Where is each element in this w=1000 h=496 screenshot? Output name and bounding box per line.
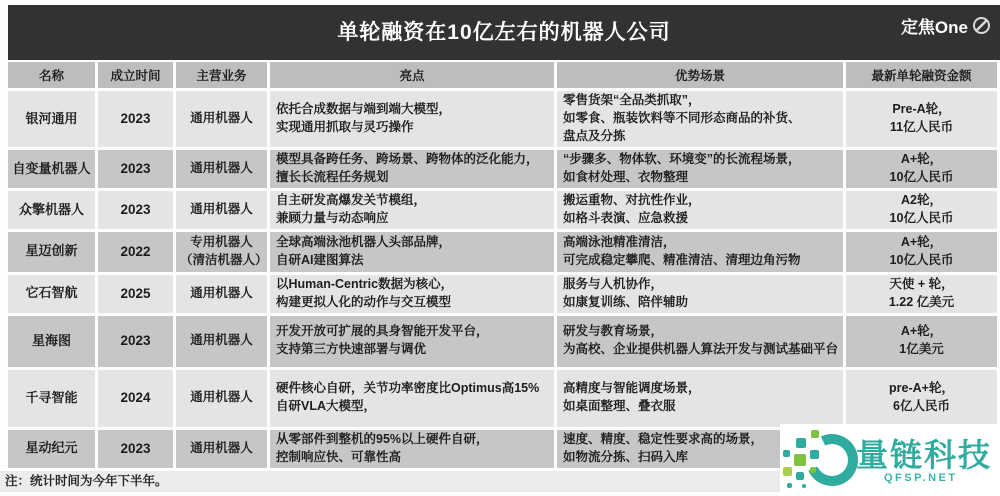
- funding-cell: A+轮， 10亿人民币: [846, 232, 997, 272]
- founded-cell: 2025: [98, 275, 173, 313]
- business-cell: 通用机器人: [176, 430, 267, 468]
- brand-name: 定焦One: [901, 13, 968, 38]
- page-title: 单轮融资在10亿左右的机器人公司: [8, 5, 1000, 60]
- funding-cell: pre-A+轮， 6亿人民币: [846, 370, 997, 427]
- column-header-name: 名称: [8, 62, 95, 88]
- companies-table: 名称 成立时间 主营业务 亮点 优势场景 最新单轮融资金额 银河通用 2023 …: [5, 59, 1000, 471]
- watermark-name: 量链科技: [856, 430, 992, 476]
- scenarios-cell: 高端泳池精准清洁， 可完成稳定攀爬、精准清洁、清理边角污物: [557, 232, 843, 272]
- table-header-row: 名称 成立时间 主营业务 亮点 优势场景 最新单轮融资金额: [8, 62, 997, 88]
- business-cell: 通用机器人: [176, 150, 267, 188]
- company-name-cell: 星动纪元: [8, 430, 95, 468]
- column-header-highlights: 亮点: [270, 62, 554, 88]
- founded-cell: 2023: [98, 191, 173, 229]
- table-row: 银河通用 2023 通用机器人 依托合成数据与端到端大模型， 实现通用抓取与灵巧…: [8, 91, 997, 147]
- infographic-page: 单轮融资在10亿左右的机器人公司 定焦One 名称 成立时间 主营业务 亮点 优…: [0, 0, 1000, 496]
- highlights-cell: 开发开放可扩展的具身智能开发平台， 支持第三方快速部署与调优: [270, 316, 554, 367]
- funding-cell: 天使 + 轮， 1.22 亿美元: [846, 275, 997, 313]
- highlights-cell: 依托合成数据与端到端大模型， 实现通用抓取与灵巧操作: [270, 91, 554, 147]
- watermark-url: QFSP.NET: [884, 472, 958, 484]
- business-cell: 专用机器人 （清洁机器人）: [176, 232, 267, 272]
- table-row: 星迈创新 2022 专用机器人 （清洁机器人） 全球高端泳池机器人头部品牌， 自…: [8, 232, 997, 272]
- watermark-logo-icon: [780, 426, 860, 494]
- scenarios-cell: 高精度与智能调度场景， 如桌面整理、叠衣服: [557, 370, 843, 427]
- funding-cell: A+轮， 1亿美元: [846, 316, 997, 367]
- funding-cell: Pre-A轮， 11亿人民币: [846, 91, 997, 147]
- column-header-scenarios: 优势场景: [557, 62, 843, 88]
- company-name-cell: 银河通用: [8, 91, 95, 147]
- focus-aperture-icon: [973, 17, 990, 34]
- table-row: 星海图 2023 通用机器人 开发开放可扩展的具身智能开发平台， 支持第三方快速…: [8, 316, 997, 367]
- highlights-cell: 模型具备跨任务、跨场景、跨物体的泛化能力， 擅长长流程任务规划: [270, 150, 554, 188]
- highlights-cell: 全球高端泳池机器人头部品牌， 自研AI建图算法: [270, 232, 554, 272]
- highlights-cell: 硬件核心自研，关节功率密度比Optimus高15% 自研VLA大模型，: [270, 370, 554, 427]
- business-cell: 通用机器人: [176, 191, 267, 229]
- funding-cell: A+轮， 10亿人民币: [846, 150, 997, 188]
- company-name-cell: 星海图: [8, 316, 95, 367]
- scenarios-cell: 研发与教育场景， 为高校、企业提供机器人算法开发与测试基础平台: [557, 316, 843, 367]
- scenarios-cell: “步骤多、物体软、环境变”的长流程场景， 如食材处理、衣物整理: [557, 150, 843, 188]
- founded-cell: 2023: [98, 91, 173, 147]
- business-cell: 通用机器人: [176, 370, 267, 427]
- company-name-cell: 自变量机器人: [8, 150, 95, 188]
- founded-cell: 2023: [98, 150, 173, 188]
- highlights-cell: 从零部件到整机的95%以上硬件自研， 控制响应快、可靠性高: [270, 430, 554, 468]
- table-row: 它石智航 2025 通用机器人 以Human-Centric数据为核心， 构建更…: [8, 275, 997, 313]
- title-bar: 单轮融资在10亿左右的机器人公司 定焦One: [8, 5, 1000, 60]
- company-name-cell: 众擎机器人: [8, 191, 95, 229]
- founded-cell: 2022: [98, 232, 173, 272]
- scenarios-cell: 搬运重物、对抗性作业， 如格斗表演、应急救援: [557, 191, 843, 229]
- company-name-cell: 它石智航: [8, 275, 95, 313]
- brand: 定焦One: [901, 13, 990, 38]
- scenarios-cell: 零售货架“全品类抓取”， 如零食、瓶装饮料等不同形态商品的补货、 盘点及分拣: [557, 91, 843, 147]
- highlights-cell: 自主研发高爆发关节模组， 兼顾力量与动态响应: [270, 191, 554, 229]
- column-header-business: 主营业务: [176, 62, 267, 88]
- business-cell: 通用机器人: [176, 316, 267, 367]
- company-name-cell: 星迈创新: [8, 232, 95, 272]
- column-header-founded: 成立时间: [98, 62, 173, 88]
- table-row: 众擎机器人 2023 通用机器人 自主研发高爆发关节模组， 兼顾力量与动态响应 …: [8, 191, 997, 229]
- table-row: 自变量机器人 2023 通用机器人 模型具备跨任务、跨场景、跨物体的泛化能力， …: [8, 150, 997, 188]
- founded-cell: 2023: [98, 316, 173, 367]
- watermark: 量链科技 QFSP.NET: [780, 424, 1000, 496]
- founded-cell: 2024: [98, 370, 173, 427]
- founded-cell: 2023: [98, 430, 173, 468]
- table-row: 千寻智能 2024 通用机器人 硬件核心自研，关节功率密度比Optimus高15…: [8, 370, 997, 427]
- highlights-cell: 以Human-Centric数据为核心， 构建更拟人化的动作与交互模型: [270, 275, 554, 313]
- business-cell: 通用机器人: [176, 275, 267, 313]
- business-cell: 通用机器人: [176, 91, 267, 147]
- scenarios-cell: 服务与人机协作， 如康复训练、陪伴辅助: [557, 275, 843, 313]
- company-name-cell: 千寻智能: [8, 370, 95, 427]
- column-header-funding: 最新单轮融资金额: [846, 62, 997, 88]
- funding-cell: A2轮， 10亿人民币: [846, 191, 997, 229]
